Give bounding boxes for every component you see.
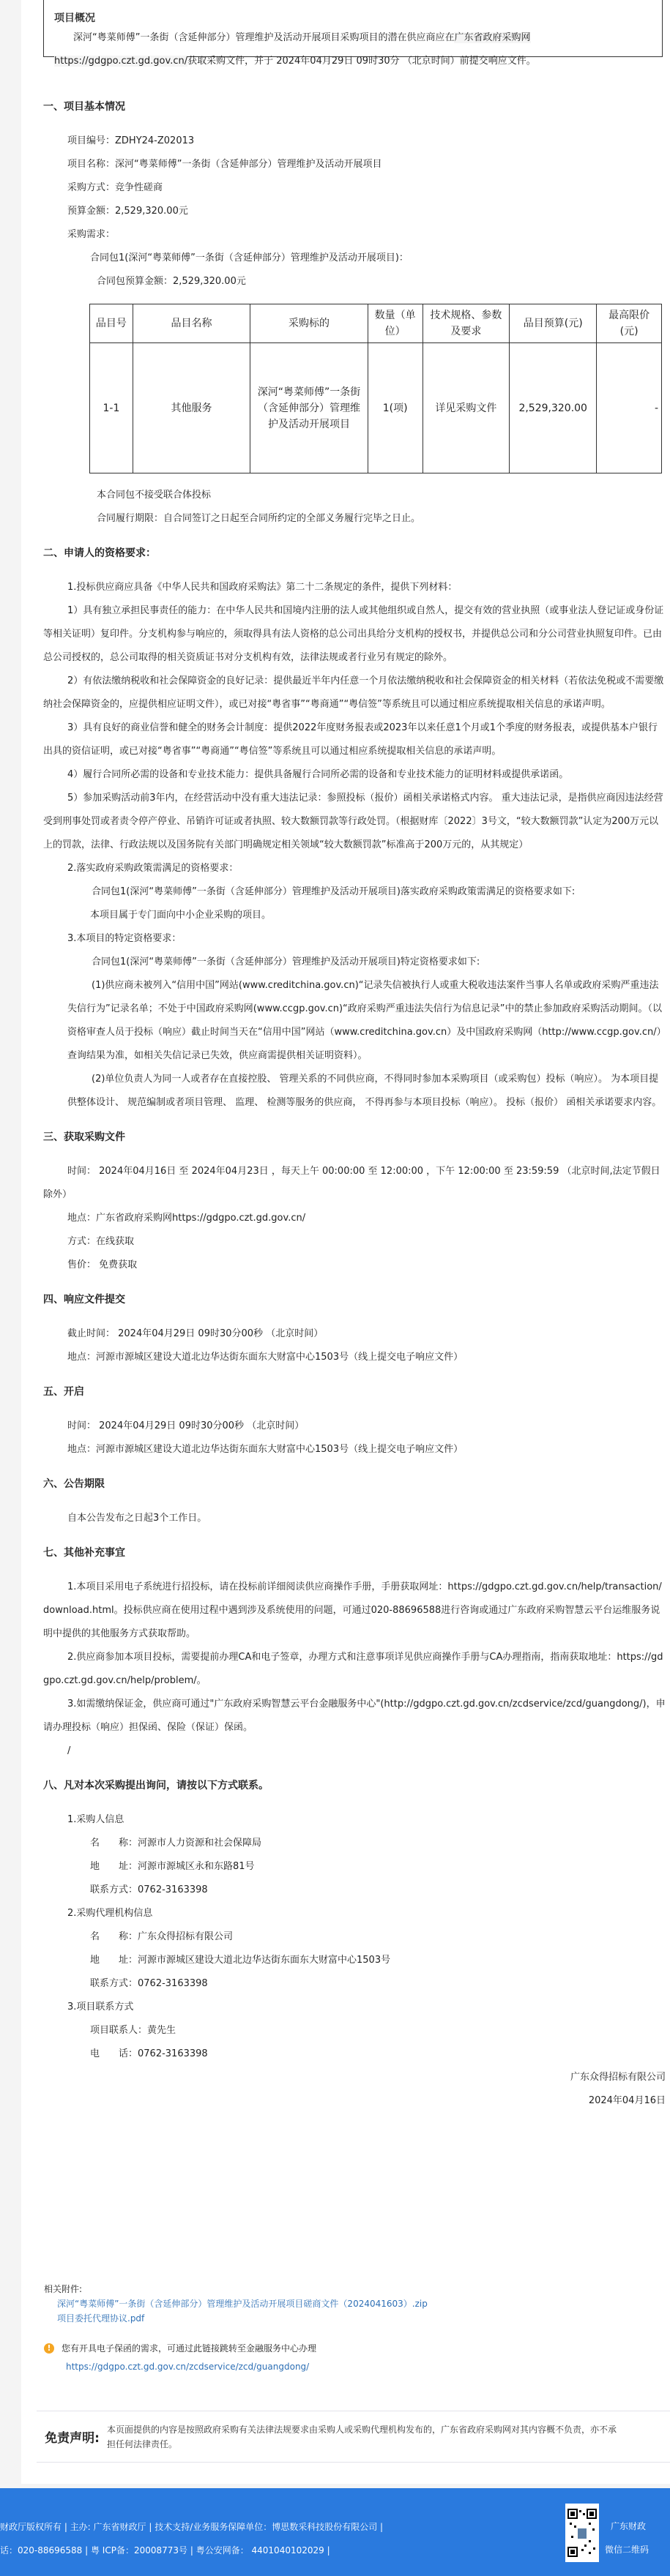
obtain-method: 方式：在线获取 <box>43 1230 666 1254</box>
warning-icon: ! <box>44 2343 54 2354</box>
contact-person: 项目联系人：黄先生 <box>43 2019 666 2043</box>
summary-text-pre: 深河“粤菜师傅”一条街（含延伸部分）管理维护及活动开展项目采购项目的潜在供应商应… <box>73 32 454 43</box>
package-title: 合同包1(深河“粤菜师傅”一条街（含延伸部分）管理维护及活动开展项目)： <box>43 247 666 270</box>
summary-text: 深河“粤菜师傅”一条街（含延伸部分）管理维护及活动开展项目采购项目的潜在供应商应… <box>54 26 662 73</box>
budget-amount: 预算金额：2,529,320.00元 <box>43 200 666 223</box>
announcement-body: 一、项目基本情况 项目编号：ZDHY24-Z02013 项目名称：深河“粤菜师傅… <box>43 99 666 2113</box>
qualification-2-b: 本项目属于专门面向中小企业采购的项目。 <box>43 904 666 927</box>
buyer-name: 名 称：河源市人力资源和社会保障局 <box>43 1832 666 1855</box>
submit-deadline: 截止时间： 2024年04月29日 09时30分00秒 （北京时间） <box>43 1322 666 1346</box>
section-heading-5: 五、开启 <box>43 1384 666 1400</box>
signature-company: 广东众得招标有限公司 <box>43 2066 666 2089</box>
qualification-1-2: 2）有依法缴纳税收和社会保障资金的良好记录：提供最近半年内任意一个月依法缴纳税收… <box>43 670 666 716</box>
qualification-3-1: (1)供应商未被列入“信用中国”网站(www.creditchina.gov.c… <box>43 974 666 1068</box>
section-heading-3: 三、获取采购文件 <box>43 1129 666 1145</box>
col-budget: 品目预算(元) <box>510 304 597 343</box>
cell-quantity: 1(项) <box>368 343 423 473</box>
col-spec: 技术规格、参数及要求 <box>423 304 510 343</box>
obtain-price: 售价： 免费获取 <box>43 1254 666 1277</box>
qualification-3-a: 合同包1(深河“粤菜师傅”一条街（含延伸部分）管理维护及活动开展项目)特定资格要… <box>43 951 666 974</box>
attachments: 相关附件: 深河“粤菜师傅”一条街（含延伸部分）管理维护及活动开展项目磋商文件（… <box>44 2282 428 2326</box>
tip-text: 您有开具电子保函的需求，可通过此链接跳转至金融服务中心办理 <box>62 2342 316 2354</box>
buyer-address: 地 址：河源市源城区永和东路81号 <box>43 1855 666 1879</box>
obtain-time: 时间： 2024年04月16日 至 2024年04月23日 ，每天上午 00:0… <box>43 1160 666 1207</box>
col-max-price: 最高限价(元) <box>597 304 662 343</box>
qr-label-2: 微信二维码 <box>605 2543 649 2556</box>
table-header-row: 品目号 品目名称 采购标的 数量（单位） 技术规格、参数及要求 品目预算(元) … <box>90 304 662 343</box>
cell-subject: 深河“粤菜师傅”一条街（含延伸部分）管理维护及活动开展项目 <box>250 343 368 473</box>
qualification-2-a: 合同包1(深河“粤菜师傅”一条街（含延伸部分）管理维护及活动开展项目)落实政府采… <box>43 880 666 904</box>
opening-place: 地点：河源市源城区建设大道北边华达街东面东大财富中心1503号（线上提交电子响应… <box>43 1438 666 1461</box>
disclaimer: 免责声明: 本页面提供的内容是按照政府采购有关法律法规要求由采购人或采购代理机构… <box>37 2411 670 2463</box>
buyer-phone: 联系方式：0762-3163398 <box>43 1879 666 1902</box>
section-heading-1: 一、项目基本情况 <box>43 99 666 115</box>
cell-item-no: 1-1 <box>90 343 133 473</box>
cell-max-price: - <box>597 343 662 473</box>
agent-name: 名 称：广东众得招标有限公司 <box>43 1925 666 1949</box>
project-name: 项目名称：深河“粤菜师傅”一条街（含延伸部分）管理维护及活动开展项目 <box>43 153 666 176</box>
no-consortium-note: 本合同包不接受联合体投标 <box>43 484 666 507</box>
section-heading-8: 八、凡对本次采购提出询问，请按以下方式联系。 <box>43 1778 666 1794</box>
qualification-1-4: 4）履行合同所必需的设备和专业技术能力：提供具备履行合同所必需的设备和专业技术能… <box>43 763 666 787</box>
attachments-label: 相关附件: <box>44 2282 428 2296</box>
qualification-1-1: 1）具有独立承担民事责任的能力：在中华人民共和国境内注册的法人或其他组织或自然人… <box>43 599 666 670</box>
contact-phone: 电 话：0762-3163398 <box>43 2043 666 2066</box>
supplement-3: 3.如需缴纳保证金，供应商可通过"广东政府采购智慧云平台金融服务中心"(http… <box>43 1693 666 1740</box>
table-row: 1-1 其他服务 深河“粤菜师傅”一条街（含延伸部分）管理维护及活动开展项目 1… <box>90 343 662 473</box>
package-budget: 合同包预算金额：2,529,320.00元 <box>43 270 666 293</box>
project-number: 项目编号：ZDHY24-Z02013 <box>43 130 666 153</box>
qualification-3-2: (2)单位负责人为同一人或者存在直接控股、 管理关系的不同供应商，不得同时参加本… <box>43 1068 666 1115</box>
attachment-link-zip[interactable]: 深河“粤菜师傅”一条街（含延伸部分）管理维护及活动开展项目磋商文件（202404… <box>44 2296 428 2311</box>
disclaimer-label: 免责声明: <box>37 2427 100 2446</box>
col-quantity: 数量（单位） <box>368 304 423 343</box>
cell-budget: 2,529,320.00 <box>510 343 597 473</box>
finance-center-link[interactable]: https://gdgpo.czt.gd.gov.cn/zcdservice/z… <box>66 2362 316 2372</box>
footer-contact-icp: 话：020-88696588 | 粤 ICP备：20008773号 | 粤公安网… <box>0 2544 330 2556</box>
cell-item-name: 其他服务 <box>133 343 250 473</box>
col-item-no: 品目号 <box>90 304 133 343</box>
cell-spec: 详见采购文件 <box>423 343 510 473</box>
supplement-slash: / <box>43 1740 666 1763</box>
col-item-name: 品目名称 <box>133 304 250 343</box>
summary-text-post: 获取采购文件，并于 2024年04月29日 09时30分 （北京时间）前提交响应… <box>187 56 536 67</box>
procurement-method: 采购方式：竞争性磋商 <box>43 176 666 200</box>
section-heading-2: 二、申请人的资格要求： <box>43 545 666 561</box>
guarantee-tip: ! 您有开具电子保函的需求，可通过此链接跳转至金融服务中心办理 https://… <box>44 2342 316 2372</box>
site-footer: 财政厅版权所有 | 主办: 广东省财政厅 | 技术支持/业务服务保障单位：博思数… <box>0 2488 670 2576</box>
summary-title: 项目概况 <box>54 10 662 26</box>
supplement-2: 2.供应商参加本项目投标，需要提前办理CA和电子签章，办理方式和注意事项详见供应… <box>43 1646 666 1693</box>
col-subject: 采购标的 <box>250 304 368 343</box>
qualification-1-3: 3）具有良好的商业信誉和健全的财务会计制度：提供2022年度财务报表或2023年… <box>43 716 666 763</box>
opening-time: 时间： 2024年04月29日 09时30分00秒 （北京时间） <box>43 1415 666 1438</box>
contract-period: 合同履行期限：自合同签订之日起至合同所约定的全部义务履行完毕之日止。 <box>43 507 666 531</box>
project-summary-box: 项目概况 深河“粤菜师傅”一条街（含延伸部分）管理维护及活动开展项目采购项目的潜… <box>43 0 663 57</box>
procurement-demand-label: 采购需求： <box>43 223 666 247</box>
qr-label-1: 广东财政 <box>611 2520 646 2532</box>
notice-period: 自本公告发布之日起3个工作日。 <box>43 1507 666 1530</box>
qualification-2: 2.落实政府采购政策需满足的资格要求： <box>43 857 666 880</box>
items-table: 品目号 品目名称 采购标的 数量（单位） 技术规格、参数及要求 品目预算(元) … <box>89 304 662 473</box>
submit-place: 地点：河源市源城区建设大道北边华达街东面东大财富中心1503号（线上提交电子响应… <box>43 1346 666 1369</box>
agent-address: 地 址：河源市源城区建设大道北边华达街东面东大财富中心1503号 <box>43 1949 666 1972</box>
attachment-link-pdf[interactable]: 项目委托代理协议.pdf <box>44 2311 428 2326</box>
footer-copyright: 财政厅版权所有 | 主办: 广东省财政厅 | 技术支持/业务服务保障单位：博思数… <box>0 2520 383 2533</box>
qualification-1-5: 5）参加采购活动前3年内，在经营活动中没有重大违法记录：参照投标（报价）函相关承… <box>43 787 666 857</box>
section-heading-6: 六、公告期限 <box>43 1476 666 1492</box>
qualification-1: 1.投标供应商应具备《中华人民共和国政府采购法》第二十二条规定的条件，提供下列材… <box>43 576 666 599</box>
signature-date: 2024年04月16日 <box>43 2089 666 2113</box>
qr-code-icon <box>567 2506 598 2559</box>
contact-title: 3.项目联系方式 <box>43 1996 666 2019</box>
section-heading-4: 四、响应文件提交 <box>43 1292 666 1308</box>
wechat-qr-code <box>565 2504 599 2562</box>
qualification-3: 3.本项目的特定资格要求： <box>43 927 666 951</box>
obtain-place: 地点：广东省政府采购网https://gdgpo.czt.gd.gov.cn/ <box>43 1207 666 1230</box>
agent-phone: 联系方式：0762-3163398 <box>43 1972 666 1996</box>
disclaimer-text: 本页面提供的内容是按照政府采购有关法律法规要求由采购人或采购代理机构发布的，广东… <box>107 2422 619 2452</box>
section-heading-7: 七、其他补充事宜 <box>43 1545 666 1561</box>
agent-info-title: 2.采购代理机构信息 <box>43 1902 666 1925</box>
supplement-1: 1.本项目采用电子系统进行招投标，请在投标前详细阅读供应商操作手册，手册获取网址… <box>43 1576 666 1646</box>
buyer-info-title: 1.采购人信息 <box>43 1808 666 1832</box>
